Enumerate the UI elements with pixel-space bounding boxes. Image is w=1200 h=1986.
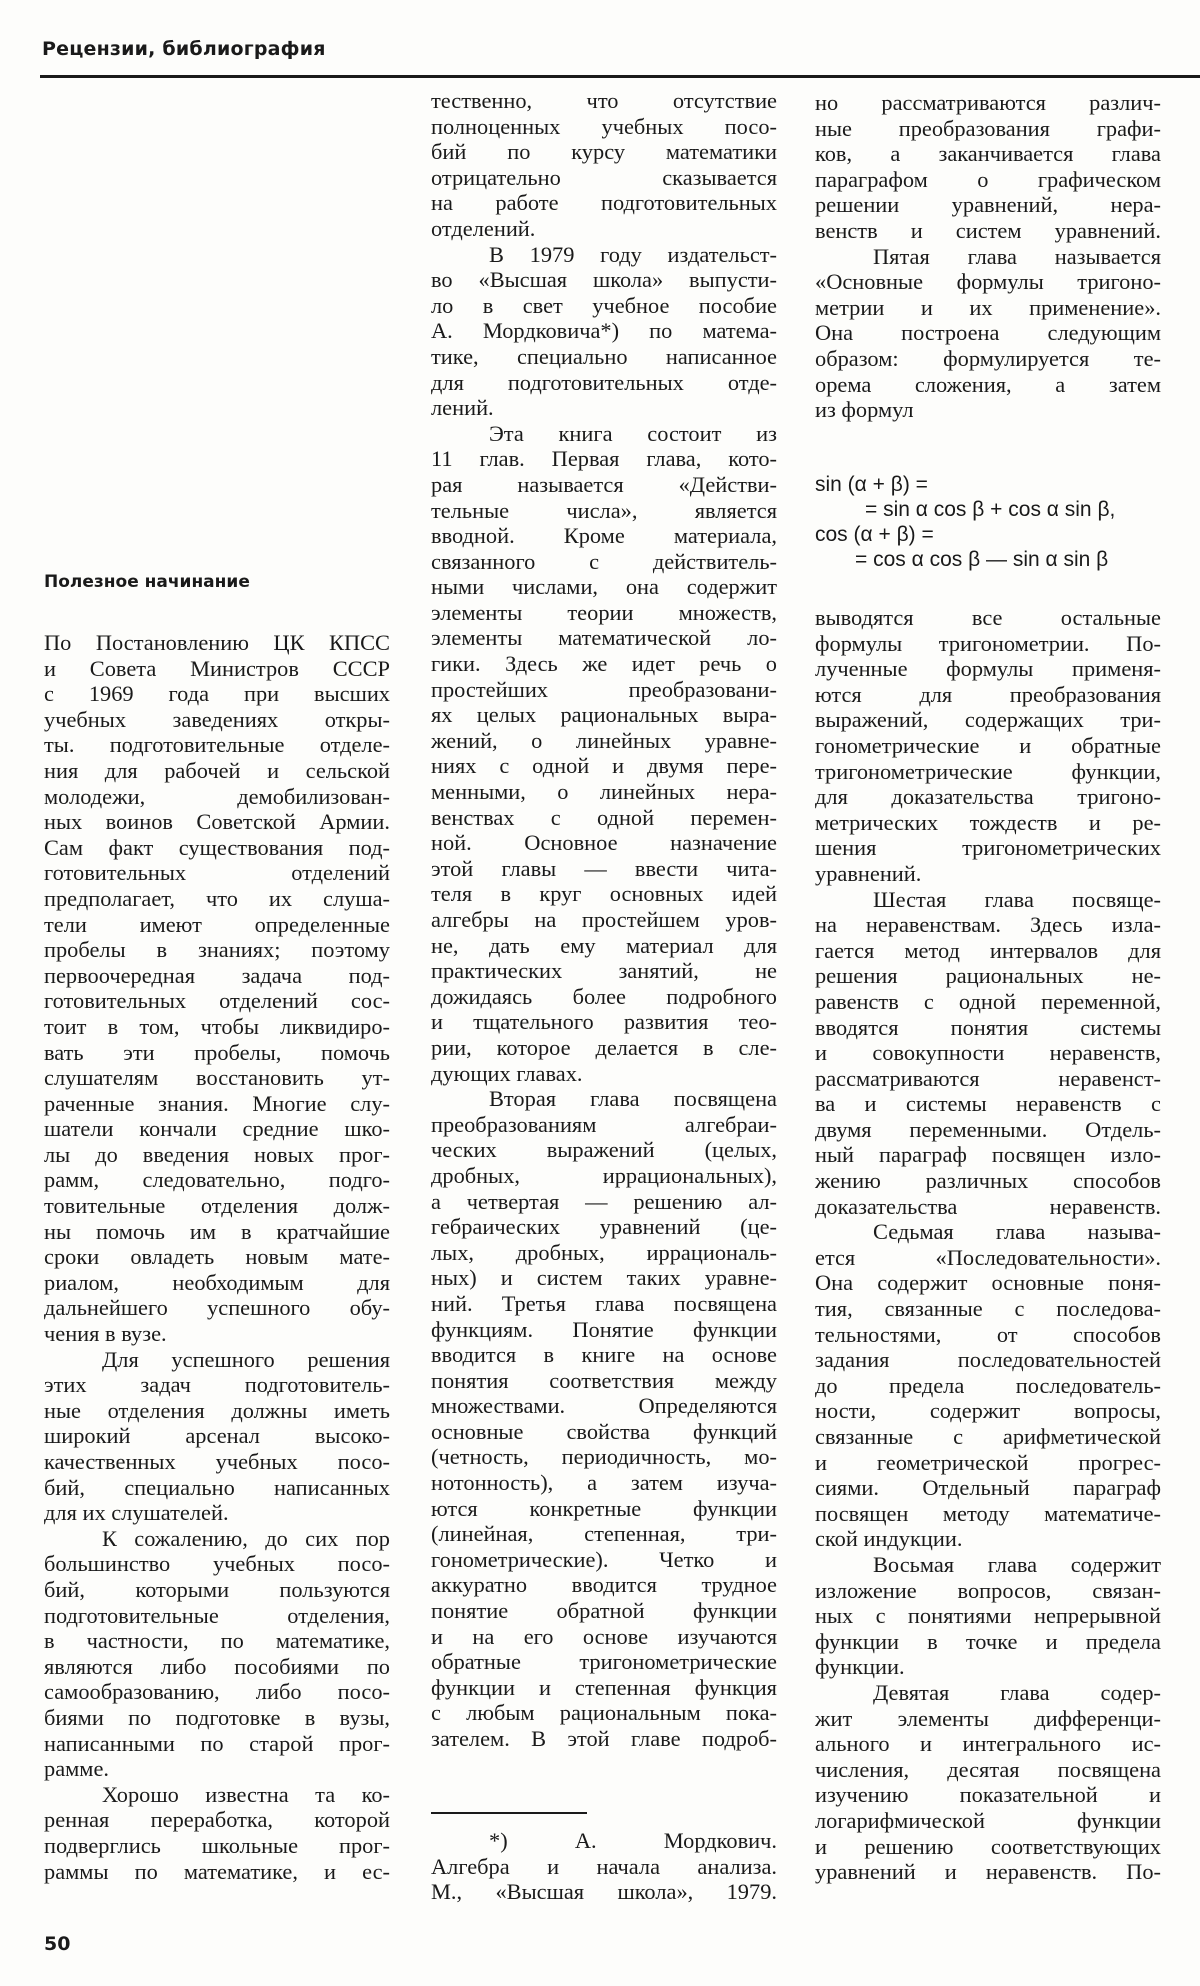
text-line: ты. подготовительные отделе- xyxy=(44,732,390,758)
text-line: связанные с арифметической xyxy=(815,1424,1161,1450)
text-line: дальнейшего успешного обу- xyxy=(44,1295,390,1321)
text-line: и совокупности неравенств, xyxy=(815,1040,1161,1066)
text-line: биями по подготовке в вузы, xyxy=(44,1705,390,1731)
text-line: и на его основе изучаются xyxy=(431,1624,777,1650)
text-line: самообразованию, либо посо- xyxy=(44,1679,390,1705)
running-head: Рецензии, библиография xyxy=(42,38,326,60)
text-line: гебраических уравнений (це- xyxy=(431,1214,777,1240)
text-line: теля в круг основных идей xyxy=(431,881,777,907)
text-line: тественно, что отсутствие xyxy=(431,88,777,114)
text-line: ными числами, она содержит xyxy=(431,574,777,600)
text-line: этих задач подготовитель- xyxy=(44,1372,390,1398)
text-line: В 1979 году издательст- xyxy=(431,242,777,268)
text-line: Для успешного решения xyxy=(44,1347,390,1373)
text-line: предполагает, что их слуша- xyxy=(44,886,390,912)
text-line: выражений, содержащих три- xyxy=(815,707,1161,733)
text-line: основные свойства функций xyxy=(431,1419,777,1445)
text-line: понятия соответствия между xyxy=(431,1368,777,1394)
text-line: бий по курсу математики xyxy=(431,139,777,165)
formula-line: cos (α + β) = xyxy=(815,522,1175,547)
text-line: Вторая глава посвящена xyxy=(431,1086,777,1112)
text-line: подверглись школьные прог- xyxy=(44,1833,390,1859)
text-line: написанными по старой прог- xyxy=(44,1731,390,1757)
text-line: Она содержит основные поня- xyxy=(815,1270,1161,1296)
text-line: лых, дробных, иррациональ- xyxy=(431,1240,777,1266)
text-line: пробелы в знаниях; поэтому xyxy=(44,937,390,963)
text-line: и тщательного развития тео- xyxy=(431,1009,777,1035)
text-line: раммы по математике, и ес- xyxy=(44,1859,390,1885)
text-line: сроки овладеть новым мате- xyxy=(44,1244,390,1270)
text-line: преобразованиям алгебраи- xyxy=(431,1112,777,1138)
footnote: *) А. Мордкович.Алгебра и начала анализа… xyxy=(431,1828,777,1905)
text-line: ный параграф посвящен изло- xyxy=(815,1142,1161,1168)
text-line: ные отделения должны иметь xyxy=(44,1398,390,1424)
text-line: ных воинов Советской Армии. xyxy=(44,809,390,835)
text-line: ческих выражений (целых, xyxy=(431,1137,777,1163)
text-line: на работе подготовительных xyxy=(431,190,777,216)
text-line: гается метод интервалов для xyxy=(815,938,1161,964)
text-line: и Совета Министров СССР xyxy=(44,656,390,682)
text-line: ются для преобразования xyxy=(815,682,1161,708)
column-2: тественно, что отсутствиеполноценных уче… xyxy=(431,88,777,1752)
text-line: «Основные формулы тригоно- xyxy=(815,269,1161,295)
text-line: на неравенствам. Здесь изла- xyxy=(815,912,1161,938)
text-line: отделений. xyxy=(431,216,777,242)
text-line: ной. Основное назначение xyxy=(431,830,777,856)
text-line: товительные отделения долж- xyxy=(44,1193,390,1219)
text-line: обратные тригонометрические xyxy=(431,1649,777,1675)
text-line: являются либо пособиями по xyxy=(44,1654,390,1680)
text-line: лученные формулы применя- xyxy=(815,656,1161,682)
text-line: с любым рациональным пока- xyxy=(431,1700,777,1726)
text-line: ренная переработка, которой xyxy=(44,1807,390,1833)
header-rule xyxy=(40,75,1200,78)
text-line: ные преобразования графи- xyxy=(815,116,1161,142)
column-3-top: но рассматриваются различ-ные преобразов… xyxy=(815,90,1161,423)
text-line: ва и системы неравенств с xyxy=(815,1091,1161,1117)
text-line: Шестая глава посвяще- xyxy=(815,887,1161,913)
text-line: решении уравнений, нера- xyxy=(815,192,1161,218)
text-line: 11 глав. Первая глава, кото- xyxy=(431,446,777,472)
text-line: Пятая глава называется xyxy=(815,244,1161,270)
text-line: ются конкретные функции xyxy=(431,1496,777,1522)
text-line: А. Мордковича*) по матема- xyxy=(431,318,777,344)
text-line: ных) и систем таких уравне- xyxy=(431,1265,777,1291)
text-line: дожидаясь более подробного xyxy=(431,984,777,1010)
text-line: лений. xyxy=(431,395,777,421)
text-line: метрии и их применение». xyxy=(815,295,1161,321)
text-line: чения в вузе. xyxy=(44,1321,390,1347)
text-line: но рассматриваются различ- xyxy=(815,90,1161,116)
text-line: шатели кончали средние шко- xyxy=(44,1116,390,1142)
page-number: 50 xyxy=(44,1933,70,1955)
text-line: ской индукции. xyxy=(815,1526,1161,1552)
text-line: зателем. В этой главе подроб- xyxy=(431,1726,777,1752)
text-line: большинство учебных посо- xyxy=(44,1551,390,1577)
text-line: риалом, необходимым для xyxy=(44,1270,390,1296)
text-line: решения рациональных не- xyxy=(815,963,1161,989)
text-line: молодежи, демобилизован- xyxy=(44,784,390,810)
text-line: тельностями, от способов xyxy=(815,1322,1161,1348)
text-line: множествами. Определяются xyxy=(431,1393,777,1419)
text-line: лы до введения новых прог- xyxy=(44,1142,390,1168)
text-line: жению различных способов xyxy=(815,1168,1161,1194)
formula-line: = sin α cos β + cos α sin β, xyxy=(815,497,1175,522)
text-line: раченные знания. Многие слу- xyxy=(44,1091,390,1117)
text-line: слушателям восстановить ут- xyxy=(44,1065,390,1091)
text-line: рамме. xyxy=(44,1756,390,1782)
text-line: формулы тригонометрии. По- xyxy=(815,631,1161,657)
text-line: ний. Третья глава посвящена xyxy=(431,1291,777,1317)
text-line: учебных заведениях откры- xyxy=(44,707,390,733)
text-line: метрических тождеств и ре- xyxy=(815,810,1161,836)
text-line: для доказательства тригоно- xyxy=(815,784,1161,810)
text-line: Она построена следующим xyxy=(815,320,1161,346)
text-line: до предела последователь- xyxy=(815,1373,1161,1399)
text-line: полноценных учебных посо- xyxy=(431,114,777,140)
text-line: рассматриваются неравенст- xyxy=(815,1066,1161,1092)
formula-line: sin (α + β) = xyxy=(815,472,1175,497)
text-line: не, дать ему материал для xyxy=(431,933,777,959)
text-line: орема сложения, а затем xyxy=(815,372,1161,398)
text-line: ков, а заканчивается глава xyxy=(815,141,1161,167)
text-line: венств и систем уравнений. xyxy=(815,218,1161,244)
text-line: Алгебра и начала анализа. xyxy=(431,1854,777,1880)
text-line: функции и степенная функция xyxy=(431,1675,777,1701)
text-line: уравнений и неравенств. По- xyxy=(815,1859,1161,1885)
text-line: с 1969 года при высших xyxy=(44,681,390,707)
footnote-rule xyxy=(431,1812,587,1814)
text-line: уравнений. xyxy=(815,861,1161,887)
text-line: ального и интегрального ис- xyxy=(815,1731,1161,1757)
text-line: и решению соответствующих xyxy=(815,1834,1161,1860)
text-line: числения, десятая посвящена xyxy=(815,1757,1161,1783)
text-line: гонометрические и обратные xyxy=(815,733,1161,759)
text-line: этой главы — ввести чита- xyxy=(431,856,777,882)
text-line: а четвертая — решению ал- xyxy=(431,1189,777,1215)
text-line: *) А. Мордкович. xyxy=(431,1828,777,1854)
text-line: шения тригонометрических xyxy=(815,835,1161,861)
text-line: дующих главах. xyxy=(431,1061,777,1087)
text-line: (четность, периодичность, мо- xyxy=(431,1444,777,1470)
text-line: По Постановлению ЦК КПСС xyxy=(44,630,390,656)
text-line: из формул xyxy=(815,397,1161,423)
text-line: рамм, следовательно, подго- xyxy=(44,1167,390,1193)
text-line: готовительных отделений сос- xyxy=(44,988,390,1014)
text-line: ется «Последовательности». xyxy=(815,1245,1161,1271)
text-line: ных с понятиями непрерывной xyxy=(815,1603,1161,1629)
text-line: широкий арсенал высоко- xyxy=(44,1423,390,1449)
text-line: венствах с одной перемен- xyxy=(431,805,777,831)
text-line: двумя переменными. Отдель- xyxy=(815,1117,1161,1143)
text-line: элементы теории множеств, xyxy=(431,600,777,626)
text-line: параграфом о графическом xyxy=(815,167,1161,193)
text-line: качественных учебных посо- xyxy=(44,1449,390,1475)
text-line: вать эти пробелы, помочь xyxy=(44,1040,390,1066)
text-line: понятие обратной функции xyxy=(431,1598,777,1624)
text-line: образом: формулируется те- xyxy=(815,346,1161,372)
text-line: во «Высшая школа» выпусти- xyxy=(431,267,777,293)
text-line: ло в свет учебное пособие xyxy=(431,293,777,319)
text-line: жит элементы дифференци- xyxy=(815,1706,1161,1732)
text-line: посвящен методу математиче- xyxy=(815,1501,1161,1527)
text-line: тике, специально написанное xyxy=(431,344,777,370)
text-line: тоит в том, чтобы ликвидиро- xyxy=(44,1014,390,1040)
text-line: бий, которыми пользуются xyxy=(44,1577,390,1603)
text-line: ности, содержит вопросы, xyxy=(815,1398,1161,1424)
text-line: ния для рабочей и сельской xyxy=(44,758,390,784)
text-line: функции в точке и предела xyxy=(815,1629,1161,1655)
text-line: выводятся все остальные xyxy=(815,605,1161,631)
text-line: (линейная, степенная, три- xyxy=(431,1521,777,1547)
column-1: По Постановлению ЦК КПССи Совета Министр… xyxy=(44,630,390,1884)
text-line: изучению показательной и xyxy=(815,1782,1161,1808)
text-line: тригонометрические функции, xyxy=(815,759,1161,785)
text-line: менными, о линейных нера- xyxy=(431,779,777,805)
text-line: К сожалению, до сих пор xyxy=(44,1526,390,1552)
text-line: в частности, по математике, xyxy=(44,1628,390,1654)
text-line: доказательства неравенств. xyxy=(815,1194,1161,1220)
text-line: готовительных отделений xyxy=(44,860,390,886)
column-3-bottom: выводятся все остальныеформулы тригономе… xyxy=(815,605,1161,1885)
text-line: вводятся понятия системы xyxy=(815,1015,1161,1041)
text-line: вводится в книге на основе xyxy=(431,1342,777,1368)
text-line: ны помочь им в кратчайшие xyxy=(44,1219,390,1245)
text-line: бий, специально написанных xyxy=(44,1475,390,1501)
text-line: Седьмая глава называ- xyxy=(815,1219,1161,1245)
text-line: аккуратно вводится трудное xyxy=(431,1572,777,1598)
text-line: ниях с одной и двумя пере- xyxy=(431,753,777,779)
text-line: тия, связанные с последова- xyxy=(815,1296,1161,1322)
text-line: и геометрической прогрес- xyxy=(815,1450,1161,1476)
text-line: для их слушателей. xyxy=(44,1500,390,1526)
text-line: сиями. Отдельный параграф xyxy=(815,1475,1161,1501)
text-line: Девятая глава содер- xyxy=(815,1680,1161,1706)
text-line: Сам факт существования под- xyxy=(44,835,390,861)
text-line: функциям. Понятие функции xyxy=(431,1317,777,1343)
text-line: М., «Высшая школа», 1979. xyxy=(431,1879,777,1905)
text-line: Восьмая глава содержит xyxy=(815,1552,1161,1578)
text-line: первоочередная задача под- xyxy=(44,963,390,989)
text-line: связанного с действитель- xyxy=(431,549,777,575)
text-line: подготовительные отделения, xyxy=(44,1603,390,1629)
text-line: нотонность), а затем изуча- xyxy=(431,1470,777,1496)
text-line: тельные числа», является xyxy=(431,498,777,524)
text-line: дробных, иррациональных), xyxy=(431,1163,777,1189)
text-line: равенств с одной переменной, xyxy=(815,989,1161,1015)
text-line: отрицательно сказывается xyxy=(431,165,777,191)
trig-formulas: sin (α + β) == sin α cos β + cos α sin β… xyxy=(815,472,1175,572)
formula-line: = cos α cos β — sin α sin β xyxy=(815,547,1175,572)
text-line: задания последовательностей xyxy=(815,1347,1161,1373)
text-line: рая называется «Действи- xyxy=(431,472,777,498)
text-line: логарифмической функции xyxy=(815,1808,1161,1834)
text-line: рии, которое делается в сле- xyxy=(431,1035,777,1061)
text-line: элементы математической ло- xyxy=(431,625,777,651)
text-line: для подготовительных отде- xyxy=(431,370,777,396)
text-line: вводной. Кроме материала, xyxy=(431,523,777,549)
text-line: тели имеют определенные xyxy=(44,912,390,938)
text-line: Хорошо известна та ко- xyxy=(44,1782,390,1808)
article-title: Полезное начинание xyxy=(44,572,250,592)
text-line: Эта книга состоит из xyxy=(431,421,777,447)
text-line: гонометрические). Четко и xyxy=(431,1547,777,1573)
text-line: алгебры на простейшем уров- xyxy=(431,907,777,933)
text-line: практических занятий, не xyxy=(431,958,777,984)
text-line: изложение вопросов, связан- xyxy=(815,1578,1161,1604)
text-line: гики. Здесь же идет речь о xyxy=(431,651,777,677)
text-line: простейших преобразовани- xyxy=(431,677,777,703)
text-line: жений, о линейных уравне- xyxy=(431,728,777,754)
text-line: функции. xyxy=(815,1654,1161,1680)
text-line: ях целых рациональных выра- xyxy=(431,702,777,728)
